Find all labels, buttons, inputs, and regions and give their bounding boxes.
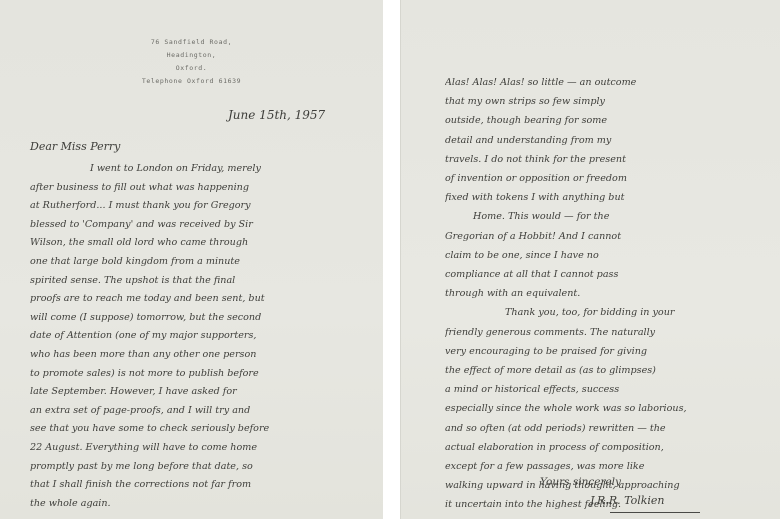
text-line: Wilson, the small old lord who came thro… [30, 234, 355, 253]
text-line: of invention or opposition or freedom [445, 169, 745, 188]
text-line: the whole again. [30, 495, 355, 514]
text-line: that I shall finish the corrections not … [30, 476, 355, 495]
text-line: at Rutherford... I must thank you for Gr… [30, 197, 355, 216]
signature-underline [610, 512, 700, 513]
text-line: after business to fill out what was happ… [30, 179, 355, 198]
text-line: a mind or historical effects, success [445, 380, 745, 399]
text-line: and so often (at odd periods) rewritten … [445, 419, 745, 438]
letterhead-line: Headington, [0, 49, 383, 62]
text-line: detail and understanding from my [445, 131, 745, 150]
text-line: proofs are to reach me today and been se… [30, 290, 355, 309]
letter-date: June 15th, 1957 [228, 108, 325, 122]
letterhead-line: Oxford. [0, 62, 383, 75]
text-line: one that large bold kingdom from a minut… [30, 253, 355, 272]
salutation: Dear Miss Perry [30, 140, 120, 153]
text-line: spirited sense. The upshot is that the f… [30, 272, 355, 291]
text-line: an extra set of page-proofs, and I will … [30, 402, 355, 421]
text-line: very encouraging to be praised for givin… [445, 342, 745, 361]
text-line: blessed to 'Company' and was received by… [30, 216, 355, 235]
text-line: that my own strips so few simply [445, 92, 745, 111]
text-line: late September. However, I have asked fo… [30, 383, 355, 402]
text-line: who has been more than any other one per… [30, 346, 355, 365]
text-line: 22 August. Everything will have to come … [30, 439, 355, 458]
letterhead: 76 Sandfield Road, Headington, Oxford. T… [0, 36, 383, 88]
text-line: date of Attention (one of my major suppo… [30, 327, 355, 346]
text-line: especially since the whole work was so l… [445, 399, 745, 418]
letter-page-1: 76 Sandfield Road, Headington, Oxford. T… [0, 0, 383, 519]
text-line: friendly generous comments. The naturall… [445, 323, 745, 342]
text-line: Alas! Alas! Alas! so little — an outcome [445, 73, 745, 92]
text-line: promptly past by me long before that dat… [30, 458, 355, 477]
signature: J.R.R. Tolkien [590, 494, 665, 507]
letter-body-page-1: I went to London on Friday, merely after… [30, 160, 355, 513]
text-line: Home. This would — for the [445, 207, 745, 226]
text-line: Thank you, too, for bidding in your [445, 303, 745, 322]
letterhead-line: 76 Sandfield Road, [0, 36, 383, 49]
text-line: fixed with tokens I with anything but [445, 188, 745, 207]
text-line: claim to be one, since I have no [445, 246, 745, 265]
text-line: except for a few passages, was more like [445, 457, 745, 476]
text-line: travels. I do not think for the present [445, 150, 745, 169]
text-line: through with an equivalent. [445, 284, 745, 303]
text-line: will come (I suppose) tomorrow, but the … [30, 309, 355, 328]
closing: Yours sincerely [540, 476, 621, 488]
letter-body-page-2: Alas! Alas! Alas! so little — an outcome… [445, 73, 745, 515]
text-line: Gregorian of a Hobbit! And I cannot [445, 227, 745, 246]
text-line: to promote sales) is not more to publish… [30, 365, 355, 384]
text-line: actual elaboration in process of composi… [445, 438, 745, 457]
letterhead-line: Telephone Oxford 61639 [0, 75, 383, 88]
text-line: the effect of more detail as (as to glim… [445, 361, 745, 380]
text-line: outside, though bearing for some [445, 111, 745, 130]
text-line: see that you have some to check seriousl… [30, 420, 355, 439]
text-line: I went to London on Friday, merely [30, 160, 355, 179]
text-line: compliance at all that I cannot pass [445, 265, 745, 284]
